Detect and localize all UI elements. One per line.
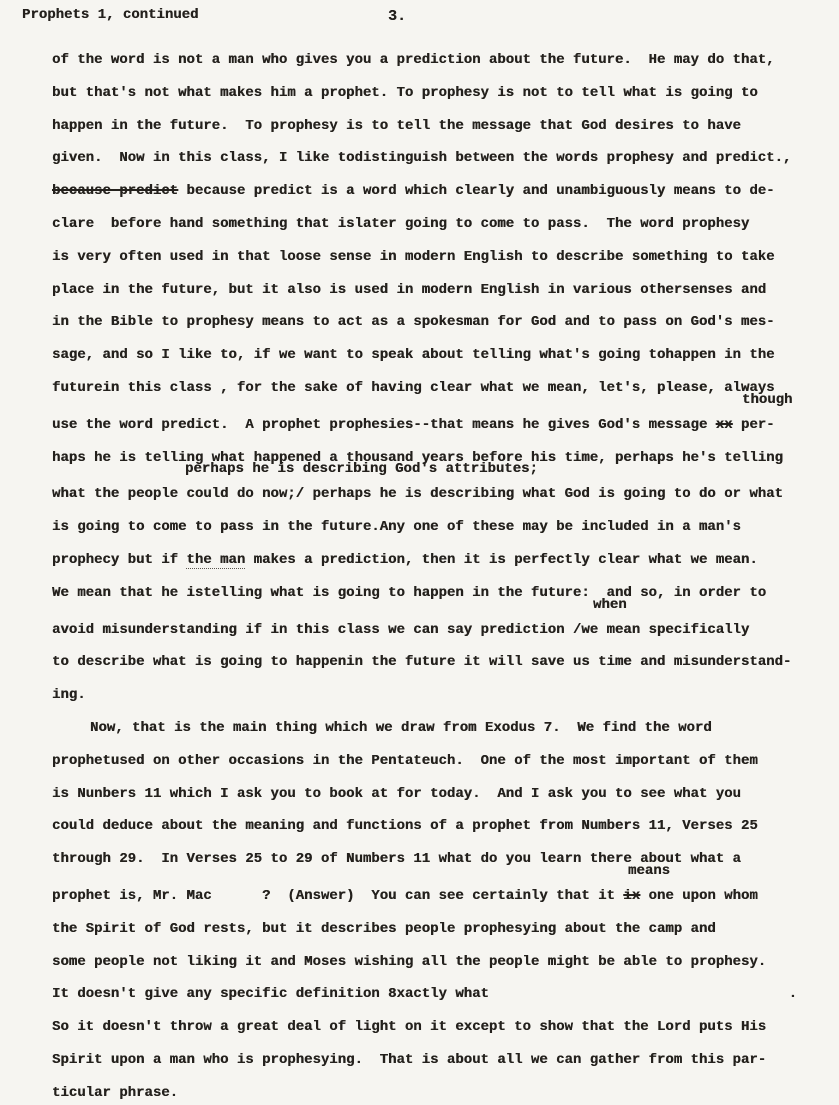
- typed-line: So it doesn't throw a great deal of ligh…: [52, 1011, 811, 1044]
- typed-line: Now, that is the main thing which we dra…: [52, 712, 811, 745]
- typed-line: given. Now in this class, I like todisti…: [52, 142, 811, 175]
- typed-line: prophet is, Mr. Mac ? (Answer) You can s…: [52, 880, 811, 913]
- typed-line: is going to come to pass in the future.A…: [52, 511, 811, 544]
- typed-line: but that's not what makes him a prophet.…: [52, 77, 811, 110]
- typed-line: prophetused on other occasions in the Pe…: [52, 745, 811, 778]
- typed-text: happen in the future. To prophesy is to …: [52, 118, 741, 134]
- document-page: Prophets 1, continued 3. of the word is …: [0, 0, 839, 1105]
- typed-line: could deduce about the meaning and funct…: [52, 810, 811, 843]
- page-header: Prophets 1, continued 3.: [0, 0, 839, 40]
- typed-line: because predict because predict is a wor…: [52, 175, 811, 208]
- typed-line: what the people could do now;/ perhaps h…: [52, 478, 811, 511]
- page-number: 3.: [388, 8, 406, 25]
- typed-text: one upon whom: [640, 888, 758, 904]
- typed-text: ticular phrase.: [52, 1085, 178, 1101]
- interline-insertion: means: [52, 864, 811, 880]
- typed-text: could deduce about the meaning and funct…: [52, 818, 758, 834]
- typed-text: place in the future, but it also is used…: [52, 282, 766, 298]
- struck-text: ix: [623, 888, 640, 904]
- inserted-word: though: [742, 393, 792, 407]
- typed-text: prophecy but if: [52, 552, 186, 568]
- header-title: Prophets 1, continued: [22, 7, 198, 23]
- typed-line: in the Bible to prophesy means to act as…: [52, 306, 811, 339]
- typed-line: prophecy but if the man makes a predicti…: [52, 544, 811, 577]
- typed-text: ing.: [52, 687, 86, 703]
- typed-text: given. Now in this class, I like todisti…: [52, 150, 791, 166]
- typed-text: what the people could do now;/ perhaps h…: [52, 486, 783, 502]
- typed-text: but that's not what makes him a prophet.…: [52, 85, 758, 101]
- interline-insertion: though: [52, 393, 811, 409]
- stray-period: .: [789, 978, 797, 1011]
- typed-text: of the word is not a man who gives you a…: [52, 52, 775, 68]
- document-body: of the word is not a man who gives you a…: [52, 44, 811, 1105]
- interline-insertion: when: [52, 598, 811, 614]
- typed-text: per-: [733, 417, 775, 433]
- typed-text: to describe what is going to happenin th…: [52, 654, 791, 670]
- typed-text: is going to come to pass in the future.A…: [52, 519, 741, 535]
- typed-line: ticular phrase.: [52, 1077, 811, 1105]
- typed-text: in the Bible to prophesy means to act as…: [52, 314, 775, 330]
- typed-line: the Spirit of God rests, but it describe…: [52, 913, 811, 946]
- typed-line: sage, and so I like to, if we want to sp…: [52, 339, 811, 372]
- inserted-word: when: [593, 598, 627, 612]
- typed-line: of the word is not a man who gives you a…: [52, 44, 811, 77]
- typed-text: some people not liking it and Moses wish…: [52, 954, 766, 970]
- typed-text: It doesn't give any specific definition …: [52, 986, 489, 1002]
- typed-text: the Spirit of God rests, but it describe…: [52, 921, 716, 937]
- typed-line: to describe what is going to happenin th…: [52, 646, 811, 679]
- typed-text: sage, and so I like to, if we want to sp…: [52, 347, 775, 363]
- inserted-word: means: [628, 864, 670, 878]
- typed-text: prophet is, Mr. Mac ? (Answer) You can s…: [52, 888, 623, 904]
- inserted-word: perhaps he is describing God's attribute…: [185, 462, 538, 476]
- typed-text: avoid misunderstanding if in this class …: [52, 622, 749, 638]
- typed-line: avoid misunderstanding if in this class …: [52, 614, 811, 647]
- struck-text: xx: [716, 417, 733, 433]
- typed-text: prophetused on other occasions in the Pe…: [52, 753, 758, 769]
- typed-text: clare before hand something that islater…: [52, 216, 749, 232]
- typed-line: It doesn't give any specific definition …: [52, 978, 811, 1011]
- typed-text: Spirit upon a man who is prophesying. Th…: [52, 1052, 766, 1068]
- interline-insertion: perhaps he is describing God's attribute…: [52, 462, 811, 478]
- typed-line: is very often used in that loose sense i…: [52, 241, 811, 274]
- typed-text: is Nunbers 11 which I ask you to book at…: [52, 786, 741, 802]
- typed-text: use the word predict. A prophet prophesi…: [52, 417, 716, 433]
- typed-line: place in the future, but it also is used…: [52, 274, 811, 307]
- typed-line: happen in the future. To prophesy is to …: [52, 110, 811, 143]
- typed-text: because predict is a word which clearly …: [178, 183, 775, 199]
- typed-line: clare before hand something that islater…: [52, 208, 811, 241]
- typed-text: is very often used in that loose sense i…: [52, 249, 775, 265]
- struck-text: because predict: [52, 183, 178, 199]
- typed-text: So it doesn't throw a great deal of ligh…: [52, 1019, 766, 1035]
- typed-line: use the word predict. A prophet prophesi…: [52, 409, 811, 442]
- typed-line: ing.: [52, 679, 811, 712]
- typed-line: Spirit upon a man who is prophesying. Th…: [52, 1044, 811, 1077]
- typed-text: the man: [186, 552, 245, 569]
- typed-text: Now, that is the main thing which we dra…: [90, 720, 712, 736]
- typed-line: some people not liking it and Moses wish…: [52, 946, 811, 979]
- typed-line: is Nunbers 11 which I ask you to book at…: [52, 778, 811, 811]
- typed-text: makes a prediction, then it is perfectly…: [245, 552, 757, 568]
